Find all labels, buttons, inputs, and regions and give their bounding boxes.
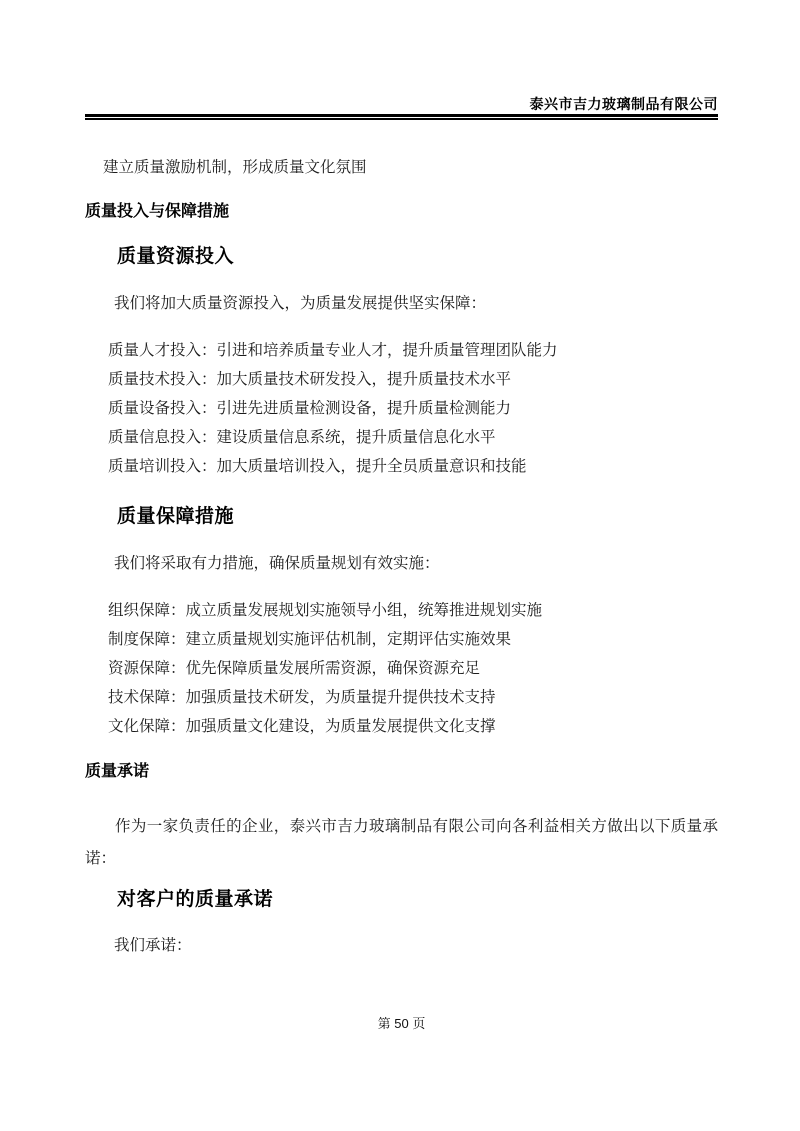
paragraph-commitment-intro: 作为一家负责任的企业，泰兴市吉力玻璃制品有限公司向各利益相关方做出以下质量承诺： <box>85 811 718 875</box>
list-item: 资源保障：优先保障质量发展所需资源，确保资源充足 <box>108 654 718 683</box>
page-footer: 第 50 页 <box>85 1016 718 1032</box>
section-safeguard-measures: 质量保障措施 我们将采取有力措施，确保质量规划有效实施： 组织保障：成立质量发展… <box>85 502 718 741</box>
list-item: 质量技术投入：加大质量技术研发投入，提升质量技术水平 <box>108 365 718 394</box>
heading-customer-commitment: 对客户的质量承诺 <box>117 885 718 915</box>
list-item: 质量信息投入：建设质量信息系统，提升质量信息化水平 <box>108 423 718 452</box>
lead-we-promise: 我们承诺： <box>85 931 718 960</box>
header-company-name: 泰兴市吉力玻璃制品有限公司 <box>85 96 718 112</box>
header-divider <box>85 114 718 120</box>
page-number: 第 50 页 <box>378 1016 426 1031</box>
section-resource-investment: 质量资源投入 我们将加大质量资源投入，为质量发展提供坚实保障： 质量人才投入：引… <box>85 242 718 481</box>
list-item: 质量人才投入：引进和培养质量专业人才，提升质量管理团队能力 <box>108 336 718 365</box>
list-item: 文化保障：加强质量文化建设，为质量发展提供文化支撑 <box>108 712 718 741</box>
heading-quality-commitment: 质量承诺 <box>85 757 718 786</box>
resource-investment-list: 质量人才投入：引进和培养质量专业人才，提升质量管理团队能力 质量技术投入：加大质… <box>108 336 718 481</box>
list-item: 制度保障：建立质量规划实施评估机制，定期评估实施效果 <box>108 625 718 654</box>
safeguard-measures-list: 组织保障：成立质量发展规划实施领导小组，统筹推进规划实施 制度保障：建立质量规划… <box>108 596 718 741</box>
section-quality-commitment: 质量承诺 作为一家负责任的企业，泰兴市吉力玻璃制品有限公司向各利益相关方做出以下… <box>85 757 718 960</box>
heading-investment-and-safeguards: 质量投入与保障措施 <box>85 197 718 226</box>
list-item: 质量培训投入：加大质量培训投入，提升全员质量意识和技能 <box>108 452 718 481</box>
lead-safeguard-measures: 我们将采取有力措施，确保质量规划有效实施： <box>85 549 718 578</box>
paragraph-quality-culture: 建立质量激励机制，形成质量文化氛围 <box>103 153 718 182</box>
document-page: 泰兴市吉力玻璃制品有限公司 建立质量激励机制，形成质量文化氛围 质量投入与保障措… <box>0 0 800 1131</box>
page-header: 泰兴市吉力玻璃制品有限公司 <box>85 96 718 120</box>
heading-quality-safeguard-measures: 质量保障措施 <box>117 502 718 532</box>
lead-resource-investment: 我们将加大质量资源投入，为质量发展提供坚实保障： <box>85 289 718 318</box>
list-item: 质量设备投入：引进先进质量检测设备，提升质量检测能力 <box>108 394 718 423</box>
heading-quality-resource-investment: 质量资源投入 <box>117 242 718 272</box>
list-item: 技术保障：加强质量技术研发，为质量提升提供技术支持 <box>108 683 718 712</box>
document-body: 建立质量激励机制，形成质量文化氛围 质量投入与保障措施 质量资源投入 我们将加大… <box>85 153 718 960</box>
list-item: 组织保障：成立质量发展规划实施领导小组，统筹推进规划实施 <box>108 596 718 625</box>
